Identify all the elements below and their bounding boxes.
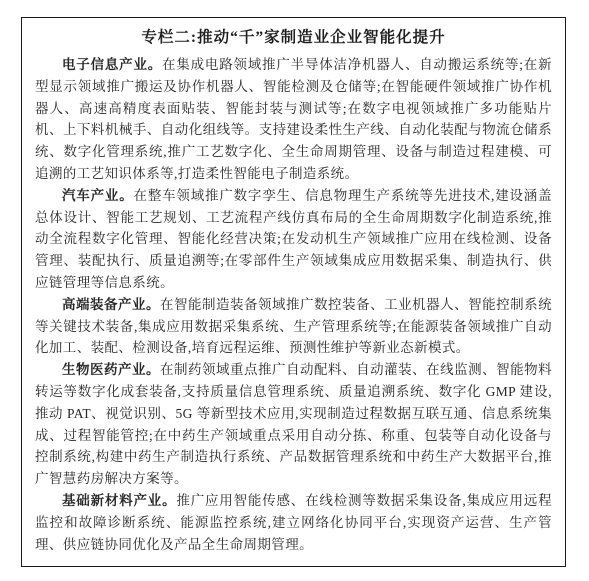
column-box: 专栏二:推动“千”家制造业企业智能化提升 电子信息产业。在集成电路领域推广半导体… xyxy=(21,17,566,567)
paragraph: 生物医药产业。在制药领域重点推广自动配料、自动灌装、在线监测、智能物料转运等数字… xyxy=(35,359,552,490)
paragraph-lead: 电子信息产业。 xyxy=(62,57,162,72)
paragraph-lead: 基础新材料产业。 xyxy=(62,493,176,508)
paragraph-text: 在整车领域推广数字孪生、信息物理生产系统等先进技术,建设涵盖总体设计、智能工艺规… xyxy=(35,188,552,290)
paragraph: 基础新材料产业。推广应用智能传感、在线检测等数据采集设备,集成应用远程监控和故障… xyxy=(35,490,552,555)
paragraph: 高端装备产业。在智能制造装备领域推广数控装备、工业机器人、智能控制系统等关键技术… xyxy=(35,294,552,359)
page-title: 专栏二:推动“千”家制造业企业智能化提升 xyxy=(35,25,552,51)
paragraph-lead: 高端装备产业。 xyxy=(62,297,160,312)
paragraph-lead: 汽车产业。 xyxy=(62,188,134,203)
paragraph: 电子信息产业。在集成电路领域推广半导体洁净机器人、自动搬运系统等;在新型显示领域… xyxy=(35,54,552,185)
paragraph-text: 在制药领域重点推广自动配料、自动灌装、在线监测、智能物料转运等数字化成套装备,支… xyxy=(35,362,552,486)
paragraph-text: 在集成电路领域推广半导体洁净机器人、自动搬运系统等;在新型显示领域推广搬运及协作… xyxy=(35,57,552,181)
paragraph: 汽车产业。在整车领域推广数字孪生、信息物理生产系统等先进技术,建设涵盖总体设计、… xyxy=(35,185,552,294)
paragraph-list: 电子信息产业。在集成电路领域推广半导体洁净机器人、自动搬运系统等;在新型显示领域… xyxy=(35,54,552,555)
paragraph-lead: 生物医药产业。 xyxy=(62,362,160,377)
